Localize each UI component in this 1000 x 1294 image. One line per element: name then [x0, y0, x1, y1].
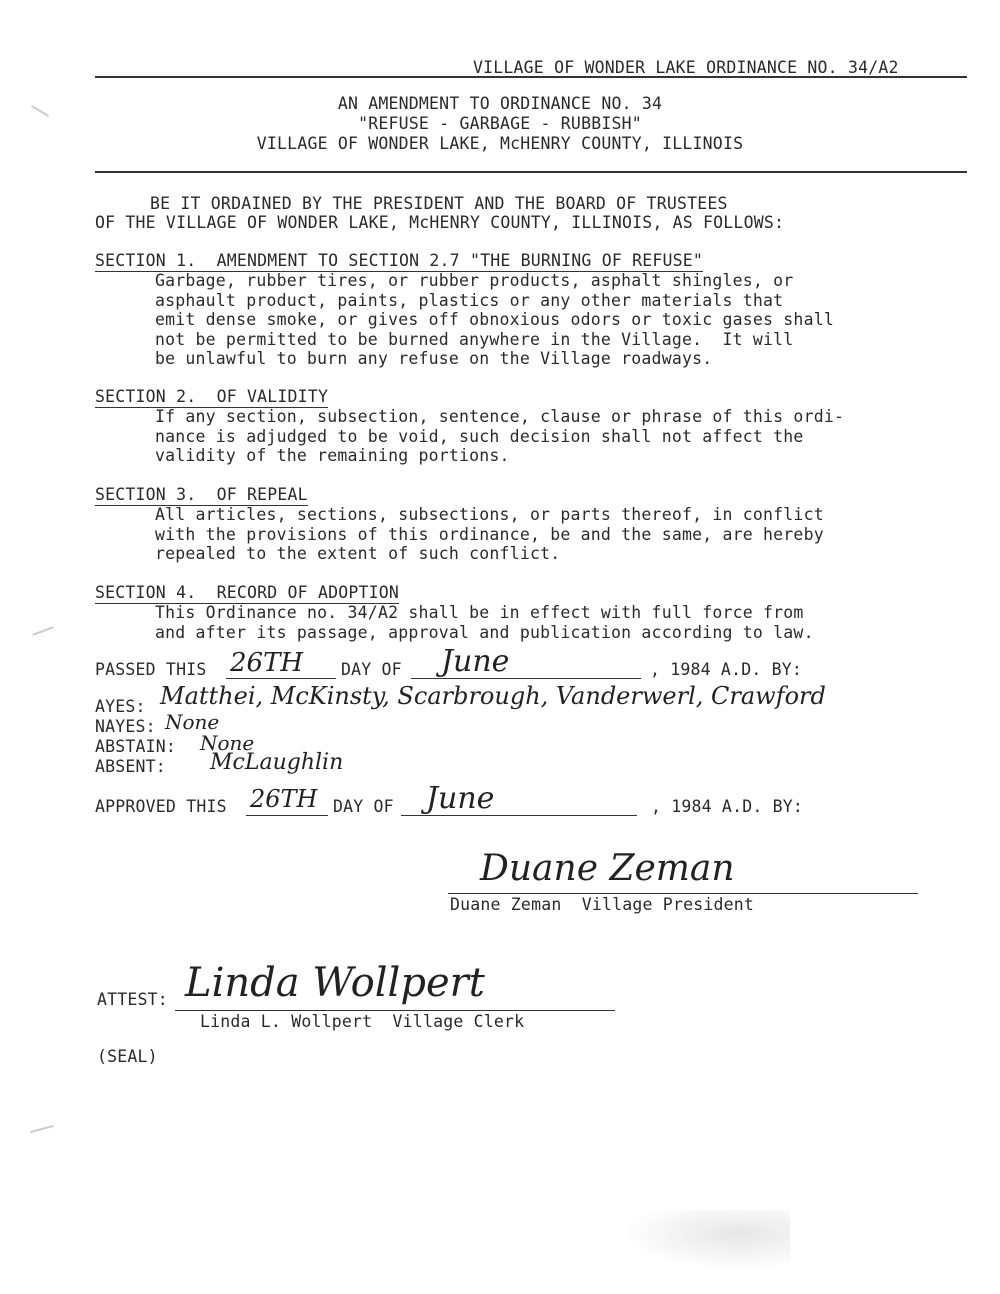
approved-month-field: June [401, 793, 637, 816]
title-rule [95, 171, 967, 173]
preamble-line-2: OF THE VILLAGE OF WONDER LAKE, McHENRY C… [95, 213, 784, 233]
section-2-line: If any section, subsection, sentence, cl… [155, 407, 844, 427]
passed-label: PASSED THIS [95, 660, 206, 680]
preamble-line-1: BE IT ORDAINED BY THE PRESIDENT AND THE … [150, 194, 728, 214]
section-3-heading: SECTION 3. OF REPEAL [95, 485, 308, 506]
abstain-label: ABSTAIN: [95, 737, 176, 757]
clerk-signature-line [175, 990, 615, 1011]
section-1-line: emit dense smoke, or gives off obnoxious… [155, 310, 834, 330]
section-1-line: be unlawful to burn any refuse on the Vi… [155, 349, 834, 369]
passed-day-field: 26TH [226, 656, 336, 679]
section-1-heading: SECTION 1. AMENDMENT TO SECTION 2.7 "THE… [95, 251, 703, 272]
section-4-line: This Ordinance no. 34/A2 shall be in eff… [155, 603, 814, 623]
section-2-line: validity of the remaining portions. [155, 446, 844, 466]
section-2-heading: SECTION 2. OF VALIDITY [95, 387, 328, 408]
passed-month-field: June [411, 656, 641, 679]
section-1-line: Garbage, rubber tires, or rubber product… [155, 271, 834, 291]
absent-label: ABSENT: [95, 757, 166, 777]
section-3-line: repealed to the extent of such conflict. [155, 544, 824, 564]
section-4-heading: SECTION 4. RECORD OF ADOPTION [95, 583, 399, 604]
passed-year: , 1984 A.D. BY: [650, 660, 802, 680]
section-3-line: with the provisions of this ordinance, b… [155, 525, 824, 545]
section-1-line: not be permitted to be burned anywhere i… [155, 330, 834, 350]
president-signature-line [448, 873, 918, 894]
seal-label: (SEAL) [97, 1047, 158, 1067]
section-1-body: Garbage, rubber tires, or rubber product… [155, 271, 834, 369]
approved-day-field: 26TH [246, 793, 328, 816]
title-line-1: AN AMENDMENT TO ORDINANCE NO. 34 [0, 94, 1000, 114]
absent-handwritten: McLaughlin [210, 750, 343, 775]
approved-year: , 1984 A.D. BY: [651, 797, 803, 817]
approved-day-of-label: DAY OF [333, 797, 394, 817]
passed-day-of-label: DAY OF [341, 660, 402, 680]
approved-month-handwritten: June [426, 781, 494, 816]
section-2-body: If any section, subsection, sentence, cl… [155, 407, 844, 466]
header-rule [95, 76, 967, 78]
passed-month-handwritten: June [441, 644, 509, 679]
scan-smudge [620, 1210, 790, 1270]
nayes-label: NAYES: [95, 717, 156, 737]
running-title: VILLAGE OF WONDER LAKE ORDINANCE NO. 34/… [473, 58, 899, 78]
approved-day-handwritten: 26TH [250, 785, 317, 813]
approved-label: APPROVED THIS [95, 797, 227, 817]
section-2-line: nance is adjudged to be void, such decis… [155, 427, 844, 447]
president-caption: Duane Zeman Village President [450, 895, 754, 915]
section-4-line: and after its passage, approval and publ… [155, 623, 814, 643]
scan-mark [30, 1125, 54, 1133]
ayes-handwritten: Matthei, McKinsty, Scarbrough, Vanderwer… [160, 682, 826, 710]
section-4-body: This Ordinance no. 34/A2 shall be in eff… [155, 603, 814, 642]
section-1-line: asphault product, paints, plastics or an… [155, 291, 834, 311]
title-line-3: VILLAGE OF WONDER LAKE, McHENRY COUNTY, … [0, 134, 1000, 154]
clerk-caption: Linda L. Wollpert Village Clerk [200, 1012, 524, 1032]
section-3-body: All articles, sections, subsections, or … [155, 505, 824, 564]
section-3-line: All articles, sections, subsections, or … [155, 505, 824, 525]
title-line-2: "REFUSE - GARBAGE - RUBBISH" [0, 114, 1000, 134]
attest-label: ATTEST: [97, 990, 168, 1010]
scan-mark [32, 626, 53, 635]
ayes-label: AYES: [95, 697, 146, 717]
passed-day-handwritten: 26TH [230, 648, 303, 678]
